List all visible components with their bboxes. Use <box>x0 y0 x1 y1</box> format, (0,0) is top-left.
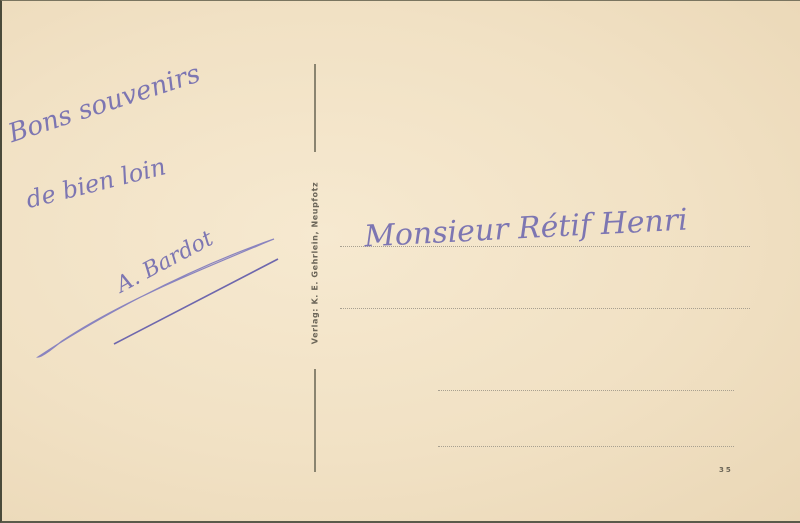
address-line-4 <box>438 446 734 447</box>
card-number: 35 <box>719 466 733 474</box>
address-line-2 <box>340 308 750 309</box>
postcard-back: Bons souvenirs de bien loin A. Bardot Ve… <box>0 0 800 523</box>
divider-line-top <box>314 64 316 152</box>
address-line-3 <box>438 390 734 391</box>
publisher-imprint: Verlag: K. E. Gehrlein, Neupfotz <box>311 182 320 345</box>
signature-flourish-icon <box>2 1 302 381</box>
divider-line-bottom <box>314 369 316 472</box>
